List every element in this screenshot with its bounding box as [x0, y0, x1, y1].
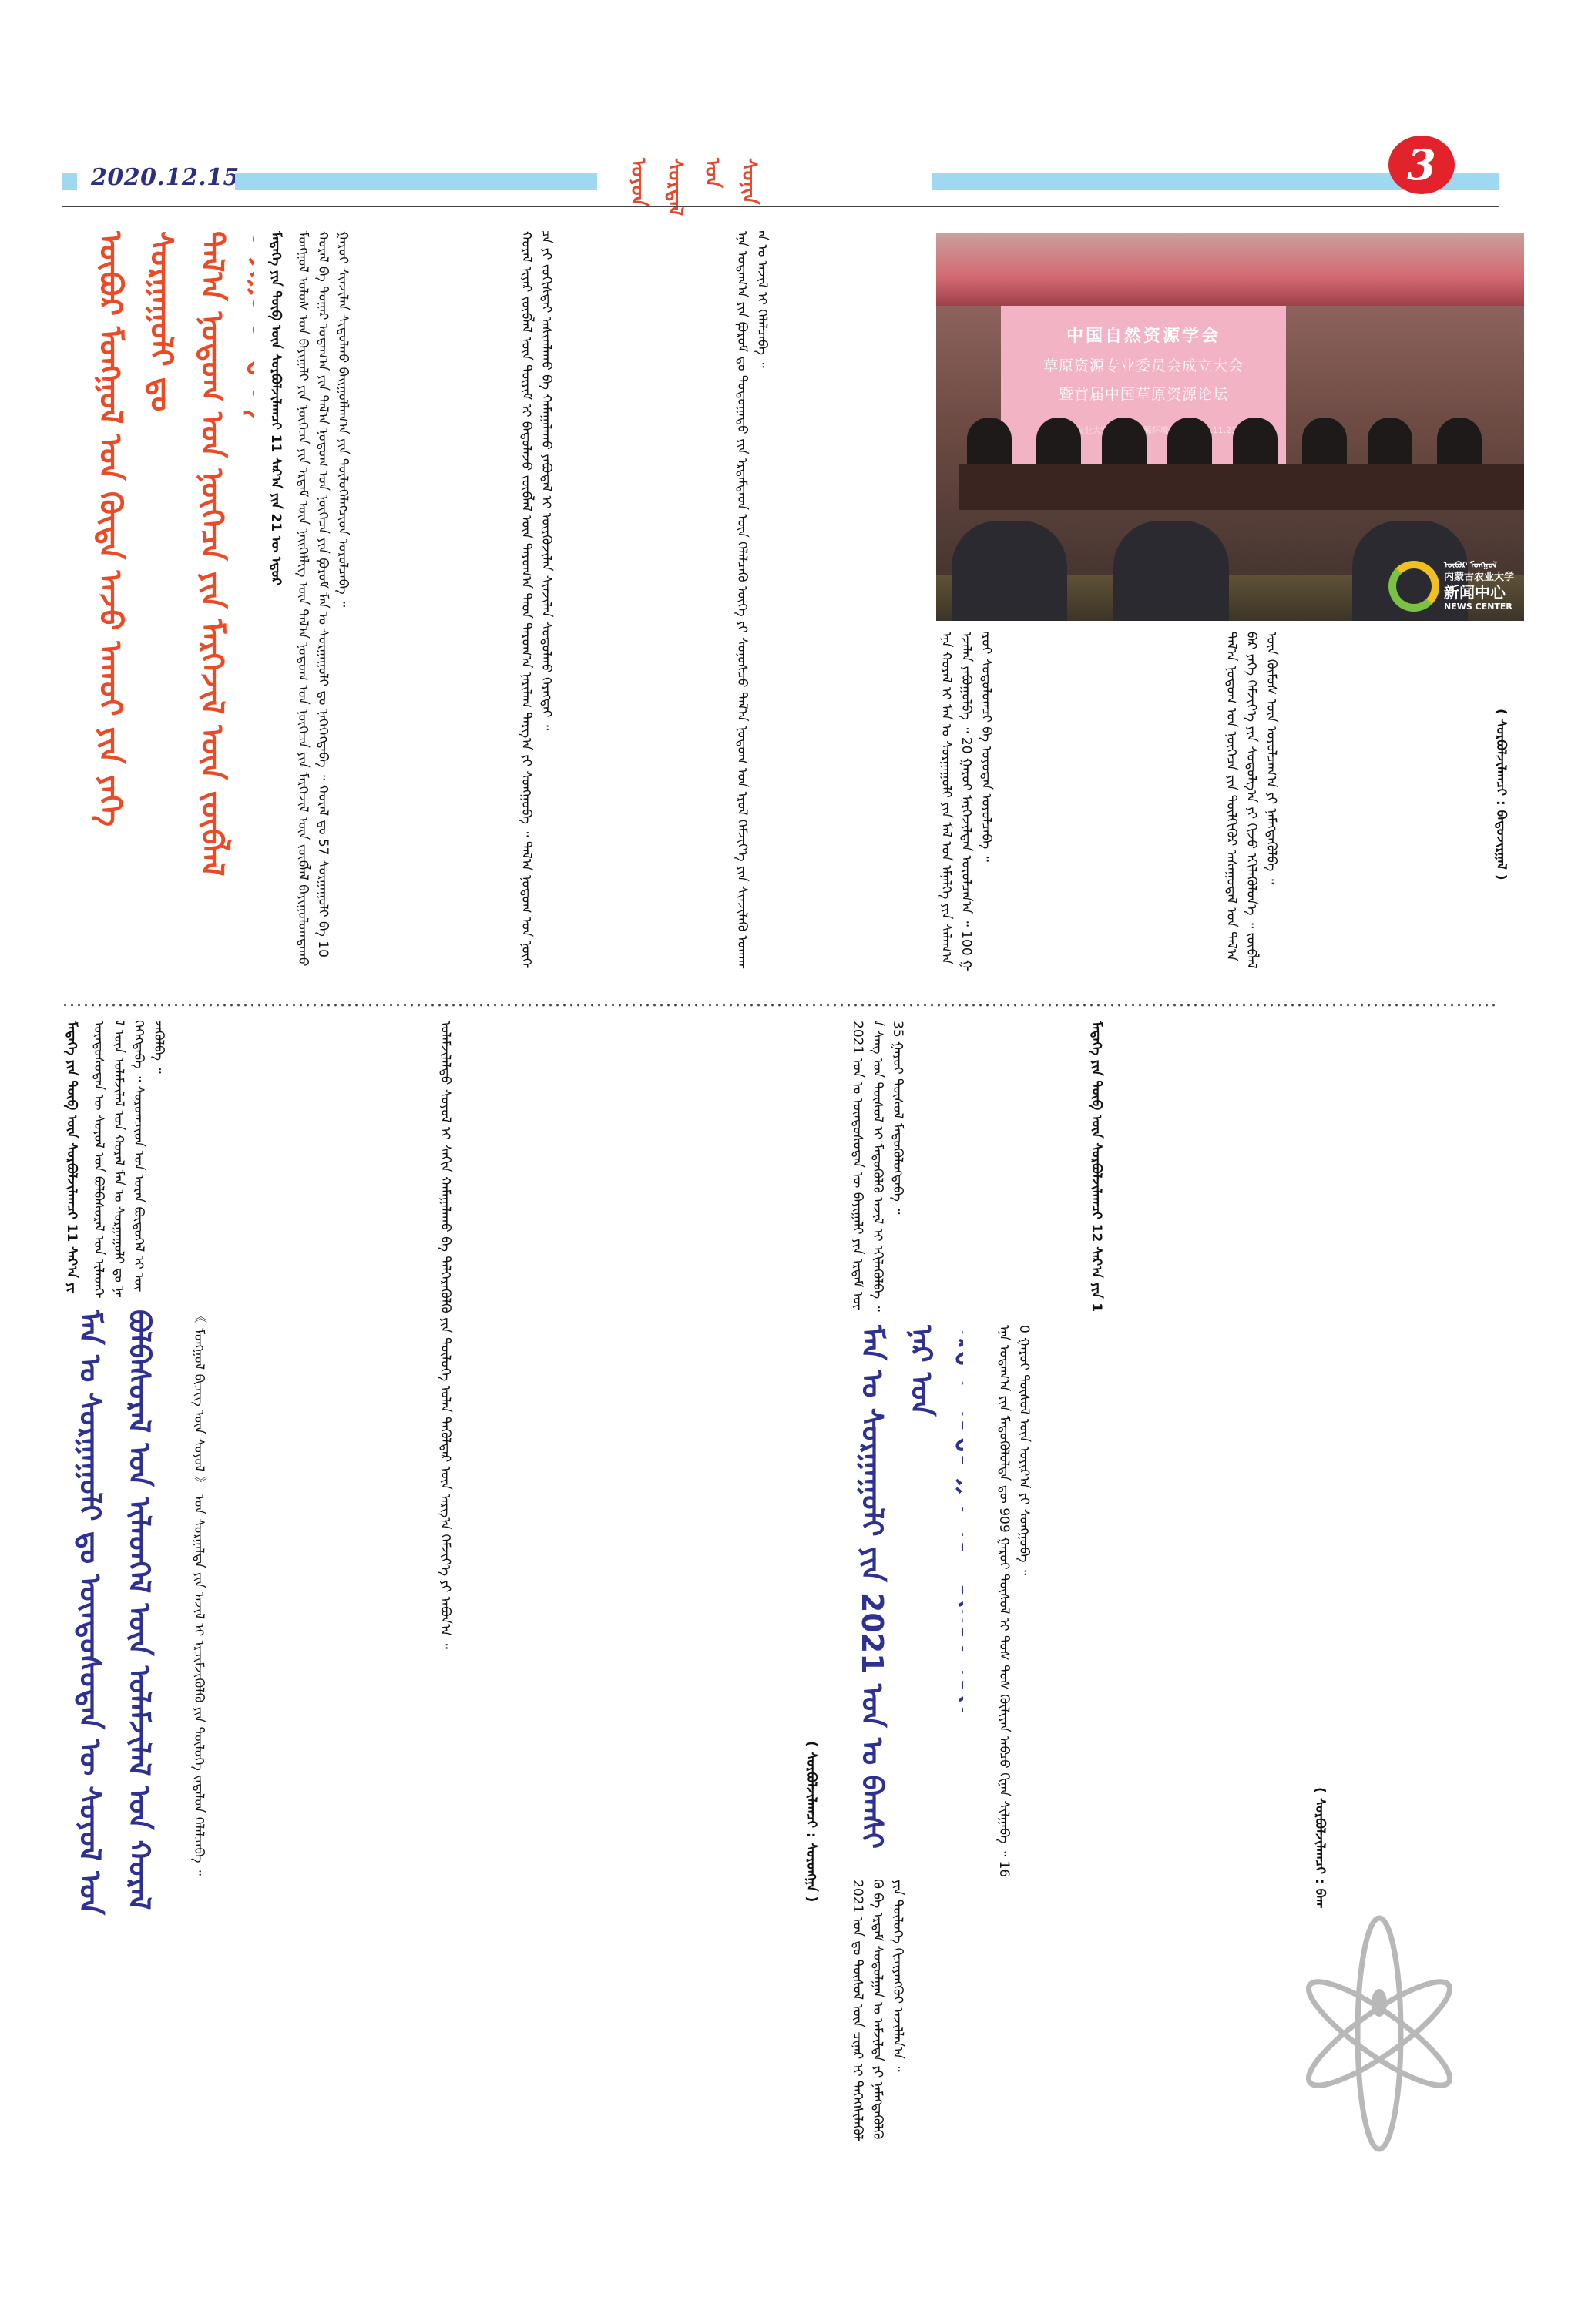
header-bar-left: [235, 173, 597, 190]
headline-line: ᠪᠣᠯᠪᠠᠰᠤᠷᠠᠯ ᠤᠨ ᠢᠯᠡᠳᠭᠡᠯ ᠦᠨ ᠤᠯᠠᠮᠵᠢᠯᠠᠯ ᠤᠨ ᠬᠤ…: [115, 1310, 164, 2126]
headline-line: ᠮᠠᠨ ᠤ ᠰᠤᠷᠭᠠᠭᠤᠯᠢ ᠳᠤ ᠦᠨᠳᠦᠰᠦᠲᠡᠨ ᠦ ᠰᠣᠶᠣᠯ ᠤᠨ: [65, 1310, 115, 2126]
top-article-right-column-2: ᠲᠠᠯ᠎ᠠ ᠨᠤᠲᠤᠭ ᠤᠨ ᠨᠥᠭᠡᠴᠡ ᠶᠢᠨ ᠲᠦᠯᠬᠢᠭᠦᠷ ᠠᠰᠠᠭᠤ…: [1221, 632, 1483, 971]
headline-line: ᠮᠠᠨ ᠤ ᠰᠤᠷᠭᠠᠭᠤᠯᠢ ᠶᠢᠨ 2021 ᠣᠨ ᠤ ᠪᠠᠭᠰᠢ ᠨᠠᠷ …: [848, 1325, 946, 1864]
masthead-title: ᠣᠶᠣᠨ ᠰᠤᠷᠲᠠᠯ ᠤᠨ ᠰᠣᠨᠢᠨ: [628, 158, 759, 212]
masthead-word: ᠰᠣᠨᠢᠨ: [739, 158, 759, 204]
bottom-left-source: ( ᠰᠤᠷᠪᠤᠯᠵᠢᠯᠠᠭᠴᠢ : ᠰᠤᠷᠤᠩᠭᠠ ): [801, 1741, 823, 2034]
headline-line: ᠪᠠᠶᠢᠭᠤᠯᠤᠭᠳᠠᠪᠠ: [237, 231, 254, 971]
screen-subtitle: 草原资源专业委员会成立大会: [1043, 354, 1244, 375]
top-article-headline: ᠥᠪᠦᠷ ᠮᠣᠩᠭᠣᠯ ᠤᠨ ᠬᠥᠳᠡ ᠠᠵᠤ ᠠᠬᠤᠢ ᠶᠢᠨ ᠶᠡᠬᠡ ᠰᠤ…: [85, 231, 254, 971]
bottom-left-column-3: ᠤᠯᠠᠮᠵᠢᠯᠠᠯᠲᠤ ᠰᠣᠶᠣᠯ ᠢ ᠰᠠᠬᠢᠨ ᠬᠠᠮᠠᠭᠠᠯᠠᠬᠤ ᠪᠠ …: [435, 1021, 828, 2130]
screen-subtitle-2: 暨首届中国草原资源论坛: [1059, 383, 1228, 404]
headline-line: ᠡᠷᠳᠡᠮ ᠰᠤᠳᠤᠯᠭᠠᠨ ᠤ ᠲᠥᠰᠥᠯ ᠦᠨ ᠮᠡᠳᠦᠭᠦᠯᠦᠯᠲᠡ ᠶᠢ…: [946, 1325, 963, 1864]
header-rule: [62, 206, 1499, 207]
conference-photo: 中国自然资源学会 草原资源专业委员会成立大会 暨首届中国草原资源论坛 内蒙古农业…: [936, 233, 1524, 621]
logo-ring-icon: [1388, 561, 1439, 612]
bottom-right-source: ( ᠰᠤᠷᠪᠤᠯᠵᠢᠯᠠᠭᠴᠢ : ᠪᠠᠭᠠᠲᠤᠷ ): [1310, 1787, 1331, 1910]
top-article-column-3: ᠡᠨᠡ ᠤᠳᠠᠭ᠎ᠠ ᠶᠢᠨ ᠹᠣᠷᠤᠮ ᠳᠤ ᠳᠣᠲᠣᠭᠠᠳᠤ ᠶᠢᠨ ᠡᠷᠳ…: [732, 231, 925, 971]
section-separator: [62, 1004, 1499, 1007]
logo-news-center: 新闻中心: [1444, 584, 1514, 601]
news-center-logo: ᠥᠪᠦᠷ ᠮᠣᠩᠭᠣᠯ 内蒙古农业大学 新闻中心 NEWS CENTER: [1388, 556, 1519, 616]
top-article-column-1: ᠮᠣᠩᠭᠣᠯ ᠤᠯᠤᠰ ᠤᠨ ᠪᠠᠶᠢᠭᠠᠯᠢ ᠶᠢᠨ ᠨᠥᠭᠡᠴᠡ ᠶᠢᠨ ᠡ…: [293, 231, 509, 971]
masthead-word: ᠣᠶᠣᠨ: [628, 158, 648, 206]
top-article-source: ( ᠰᠤᠷᠪᠤᠯᠵᠢᠯᠠᠭᠴᠢ : ᠪᠠᠲᠤᠵᠢᠷᠭᠠᠯ ): [1491, 709, 1513, 971]
bottom-left-column-2: 《 ᠮᠣᠩᠭᠣᠯ ᠪᠢᠴᠢᠭ ᠦᠨ ᠰᠣᠶᠣᠯ 》 ᠤᠨ ᠰᠤᠷᠭᠠᠯᠲᠠ ᠶᠢ…: [189, 1310, 428, 2126]
masthead-word: ᠤᠨ: [702, 158, 722, 188]
headline-line: ᠥᠪᠦᠷ ᠮᠣᠩᠭᠣᠯ ᠤᠨ ᠬᠥᠳᠡ ᠠᠵᠤ ᠠᠬᠤᠢ ᠶᠢᠨ ᠶᠡᠬᠡ ᠰᠤ…: [85, 231, 186, 971]
header-bar-left-stub: [62, 173, 77, 190]
audience-member: [1113, 521, 1229, 621]
atom-icon: [1302, 1910, 1456, 2157]
screen-title: 中国自然资源学会: [1066, 323, 1220, 347]
photo-ceiling: [936, 233, 1524, 306]
bottom-right-column-1: 2021 ᠣᠨ ᠤ ᠦᠨᠳᠦᠰᠦᠲᠡᠨ ᠦ ᠪᠠᠶᠢᠭᠠᠯᠢ ᠶᠢᠨ ᠡᠷᠳᠡᠮ…: [848, 1021, 1079, 1313]
page-header: 2020.12.15 ᠣᠶᠣᠨ ᠰᠤᠷᠲᠠᠯ ᠤᠨ ᠰᠣᠨᠢᠨ 3: [0, 0, 1578, 208]
bottom-right-byline: ᠮᠡᠳᠡᠭᠡ ᠶᠢᠨ ᠲᠥᠪ ᠦᠨ ᠰᠤᠷᠪᠤᠯᠵᠢᠯᠠᠭᠴᠢ 12 ᠰᠠᠷ᠎ᠠ…: [1086, 1021, 1108, 1313]
top-article-column-2: ᠬᠤᠷᠠᠯ ᠢᠶᠠᠷ ᠵᠥᠪᠯᠡᠯ ᠦᠨ ᠳᠦᠷᠢᠮ ᠢ ᠪᠠᠲᠤᠯᠠᠵᠤ ᠵᠥ…: [516, 231, 724, 971]
headline-line: ᠲᠠᠯ᠎ᠠ ᠨᠤᠲᠤᠭ ᠤᠨ ᠨᠥᠭᠡᠴᠡ ᠶᠢᠨ ᠮᠡᠷᠭᠡᠵᠢᠯ ᠦᠨ ᠵᠥ…: [186, 231, 237, 971]
bottom-left-column-1: ᠦᠨᠳᠦᠰᠦᠲᠡᠨ ᠦ ᠰᠣᠶᠣᠯ ᠤᠨ ᠪᠣᠯᠪᠠᠰᠤᠷᠠᠯ ᠤᠨ ᠢᠯᠡᠳᠭ…: [89, 1021, 428, 1298]
bottom-right-column-3: 2021 ᠣᠨ ᠳᠤ ᠲᠥᠰᠥᠯ ᠦᠨ ᠴᠢᠨᠠᠷ ᠢ ᠳᠡᠭᠡᠭᠰᠢᠯᠡᠭᠦᠯ…: [848, 1880, 1302, 2141]
audience-member: [952, 521, 1067, 621]
issue-date: 2020.12.15: [91, 164, 240, 191]
page-number-badge: 3: [1388, 136, 1455, 194]
logo-university: 内蒙古农业大学: [1444, 572, 1514, 584]
top-article-right-column-1: ᠡᠨᠡ ᠬᠤᠷᠠᠯ ᠢ ᠮᠠᠨ ᠤ ᠰᠤᠷᠭᠠᠭᠤᠯᠢ ᠶᠢᠨ ᠮᠠᠯ ᠤᠨ ᠡ…: [936, 632, 1214, 971]
bottom-right-headline: ᠮᠠᠨ ᠤ ᠰᠤᠷᠭᠠᠭᠤᠯᠢ ᠶᠢᠨ 2021 ᠣᠨ ᠤ ᠪᠠᠭᠰᠢ ᠨᠠᠷ …: [848, 1325, 963, 1864]
top-article-byline: ᠮᠡᠳᠡᠭᠡ ᠶᠢᠨ ᠲᠥᠪ ᠦᠨ ᠰᠤᠷᠪᠤᠯᠵᠢᠯᠠᠭᠴᠢ 11 ᠰᠠᠷ᠎ᠠ…: [266, 231, 287, 971]
panel-table: [959, 464, 1524, 510]
bottom-left-headline: ᠮᠠᠨ ᠤ ᠰᠤᠷᠭᠠᠭᠤᠯᠢ ᠳᠤ ᠦᠨᠳᠦᠰᠦᠲᠡᠨ ᠦ ᠰᠣᠶᠣᠯ ᠤᠨ …: [65, 1310, 181, 2126]
logo-mongolian: ᠥᠪᠦᠷ ᠮᠣᠩᠭᠣᠯ: [1444, 559, 1514, 572]
logo-news-center-en: NEWS CENTER: [1444, 601, 1514, 613]
bottom-left-byline: ᠮᠡᠳᠡᠭᠡ ᠶᠢᠨ ᠲᠥᠪ ᠦᠨ ᠰᠤᠷᠪᠤᠯᠵᠢᠯᠠᠭᠴᠢ 11 ᠰᠠᠷ᠎ᠠ…: [62, 1021, 83, 1298]
bottom-right-column-2: ᠡᠨᠡ ᠤᠳᠠᠭ᠎ᠠ ᠶᠢᠨ ᠮᠡᠳᠦᠭᠦᠯᠦᠯᠲᠡ ᠳᠦ 909 ᠭᠠᠷᠤᠢ …: [994, 1325, 1487, 1880]
